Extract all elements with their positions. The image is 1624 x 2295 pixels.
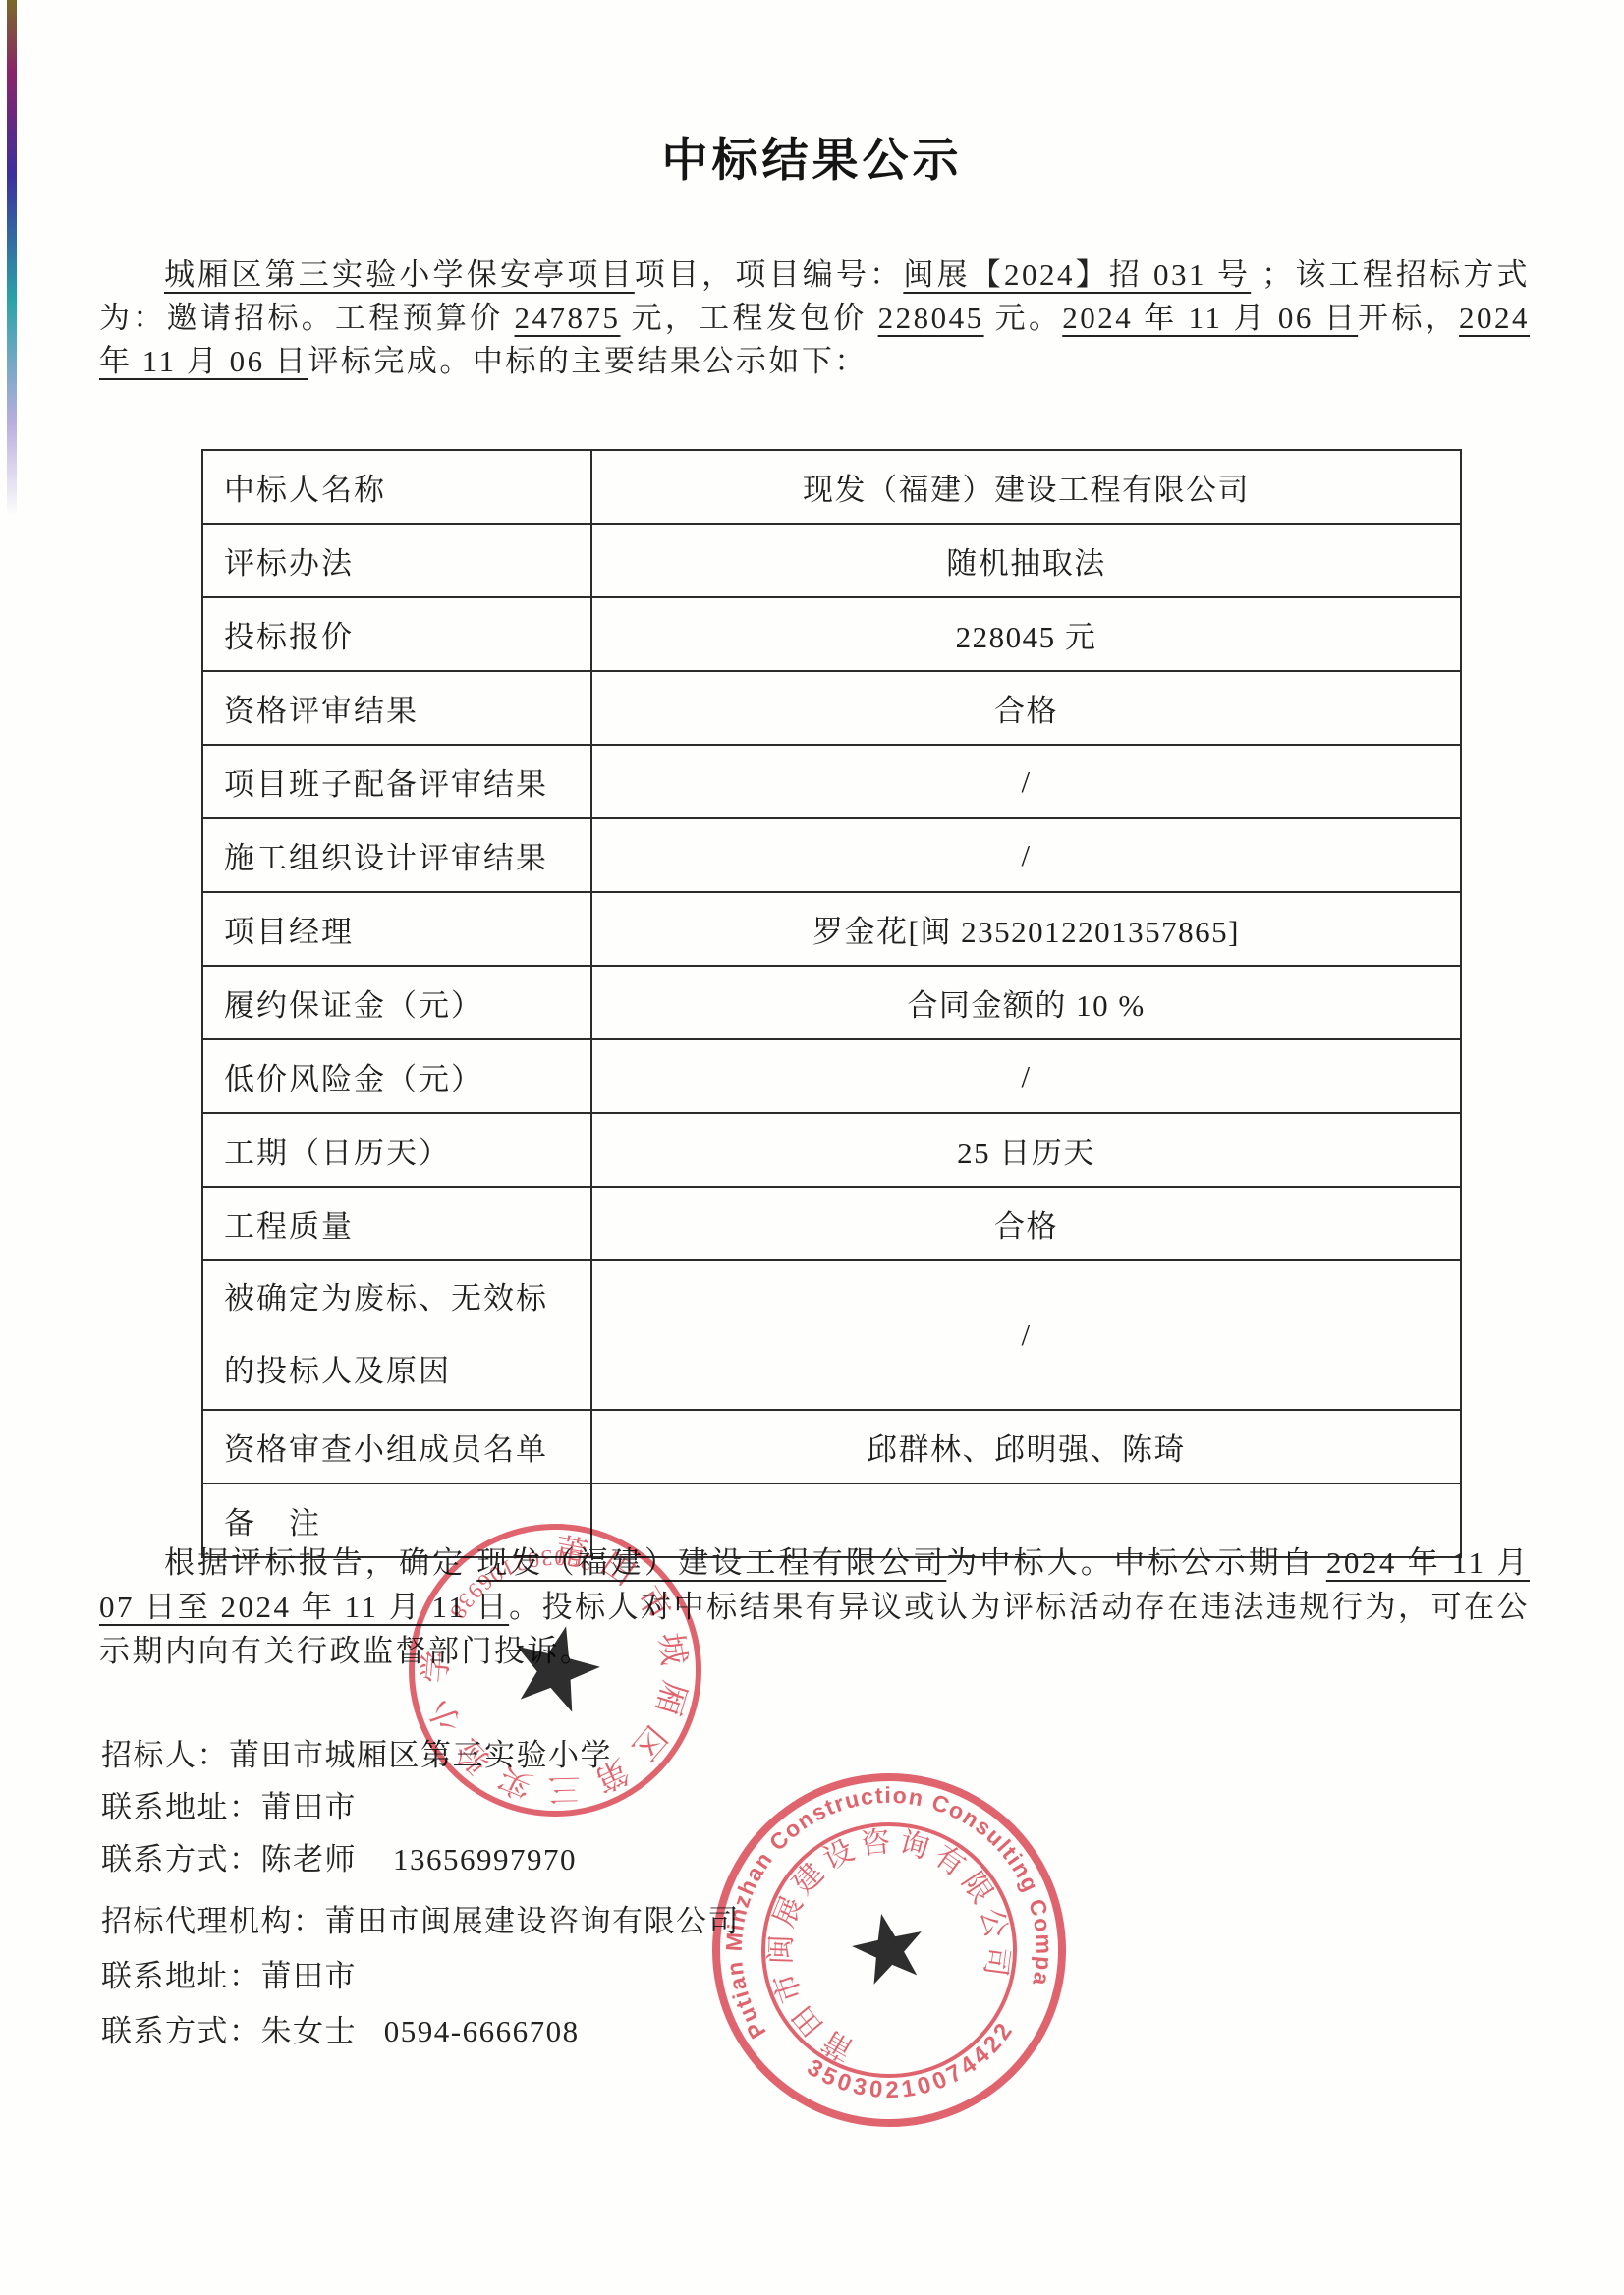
row-label: 评标办法 <box>202 524 591 597</box>
page-title: 中标结果公示 <box>0 124 1624 190</box>
row-label: 项目班子配备评审结果 <box>202 745 591 818</box>
table-row: 履约保证金（元）合同金额的 10 % <box>202 966 1461 1039</box>
svg-text:莆田市闽展建设咨询有限公司: 莆田市闽展建设咨询有限公司 <box>741 1802 1032 2078</box>
text-segment: 城厢区第三实验小学保安亭项目 <box>164 257 635 292</box>
contact-line: 联系方式：陈老师 13656997970 <box>101 1833 612 1885</box>
row-value: 合同金额的 10 % <box>591 966 1461 1039</box>
agency-contact-block: 招标代理机构：莆田市闽展建设咨询有限公司联系地址：莆田市联系方式：朱女士 059… <box>101 1894 740 2059</box>
row-label: 中标人名称 <box>202 450 591 524</box>
text-segment: 开标， <box>1358 301 1459 335</box>
row-value: 合格 <box>591 1187 1461 1260</box>
row-label: 项目经理 <box>202 892 591 966</box>
text-segment: 现发（福建）建设工程有限公司 <box>476 1545 946 1580</box>
row-value: 罗金花[闽 2352012201357865] <box>591 892 1461 966</box>
result-table-body: 中标人名称现发（福建）建设工程有限公司评标办法随机抽取法投标报价228045 元… <box>202 450 1461 1557</box>
text-segment: 2024 年 11 月 06 日 <box>1062 301 1358 335</box>
row-value: / <box>591 1260 1461 1410</box>
text-segment: 评标完成。中标的主要结果公示如下： <box>308 344 868 378</box>
closing-paragraph: 根据评标报告，确定 现发（福建）建设工程有限公司为中标人。中标公示期自 2024… <box>99 1540 1530 1673</box>
text-segment: 项目，项目编号： <box>635 257 904 292</box>
contact-line: 联系地址：莆田市 <box>101 1781 612 1833</box>
result-table: 中标人名称现发（福建）建设工程有限公司评标办法随机抽取法投标报价228045 元… <box>201 449 1462 1558</box>
table-row: 工期（日历天）25 日历天 <box>202 1113 1461 1187</box>
row-value: 合格 <box>591 671 1461 745</box>
stamp-english-text: Putian Minzhan Construction Consulting C… <box>702 1763 1069 2061</box>
table-row: 资格评审结果合格 <box>202 671 1461 745</box>
row-value: / <box>591 745 1461 818</box>
document-page: 中标结果公示 城厢区第三实验小学保安亭项目项目，项目编号：闽展【2024】招 0… <box>0 0 1624 2295</box>
row-label: 投标报价 <box>202 597 591 671</box>
row-value: 随机抽取法 <box>591 524 1461 597</box>
text-segment: 为中标人。中标公示期自 <box>946 1545 1326 1580</box>
row-label: 施工组织设计评审结果 <box>202 818 591 892</box>
contact-line: 招标人：莆田市城厢区第三实验小学 <box>101 1729 612 1781</box>
stamp-chinese-text: 莆田市闽展建设咨询有限公司 <box>741 1802 1032 2078</box>
text-segment: 元，工程发包价 <box>621 301 878 335</box>
row-label: 低价风险金（元） <box>202 1039 591 1113</box>
text-segment: 根据评标报告，确定 <box>164 1545 476 1580</box>
row-label: 工程质量 <box>202 1187 591 1260</box>
table-row: 中标人名称现发（福建）建设工程有限公司 <box>202 450 1461 524</box>
table-row: 项目班子配备评审结果/ <box>202 745 1461 818</box>
svg-text:35030210074422: 35030210074422 <box>799 2012 1030 2124</box>
row-value: 邱群林、邱明强、陈琦 <box>591 1410 1461 1483</box>
contact-line: 招标代理机构：莆田市闽展建设咨询有限公司 <box>101 1894 740 1949</box>
table-row: 投标报价228045 元 <box>202 597 1461 671</box>
row-label: 履约保证金（元） <box>202 966 591 1039</box>
row-value: / <box>591 1039 1461 1113</box>
table-row: 资格审查小组成员名单邱群林、邱明强、陈琦 <box>202 1410 1461 1483</box>
stamp-inner-ring <box>740 1801 1038 2099</box>
row-label: 资格评审结果 <box>202 671 591 745</box>
table-row: 项目经理罗金花[闽 2352012201357865] <box>202 892 1461 966</box>
scan-artifact-strip <box>7 0 17 516</box>
row-value: 25 日历天 <box>591 1113 1461 1187</box>
row-label: 工期（日历天） <box>202 1113 591 1187</box>
table-row: 评标办法随机抽取法 <box>202 524 1461 597</box>
svg-text:Putian Minzhan Construction Co: Putian Minzhan Construction Consulting C… <box>702 1763 1069 2061</box>
stamp-number: 35030210074422 <box>799 2012 1030 2124</box>
star-icon <box>847 1906 930 1987</box>
row-label: 资格审查小组成员名单 <box>202 1410 591 1483</box>
text-segment: 247875 <box>515 301 621 335</box>
tenderer-contact-block: 招标人：莆田市城厢区第三实验小学联系地址：莆田市联系方式：陈老师 1365699… <box>101 1729 612 1885</box>
contact-line: 联系地址：莆田市 <box>101 1949 740 2004</box>
text-segment: 闽展【2024】招 031 号 <box>903 257 1251 292</box>
table-row: 施工组织设计评审结果/ <box>202 818 1461 892</box>
text-segment: 元。 <box>984 301 1063 335</box>
text-segment: 228045 <box>878 301 984 335</box>
row-value: / <box>591 818 1461 892</box>
stamp-outer-ring <box>702 1763 1076 2137</box>
intro-paragraph: 城厢区第三实验小学保安亭项目项目，项目编号：闽展【2024】招 031 号 ；该… <box>99 253 1530 383</box>
table-row: 工程质量合格 <box>202 1187 1461 1260</box>
row-value: 228045 元 <box>591 597 1461 671</box>
table-row: 被确定为废标、无效标的投标人及原因/ <box>202 1260 1461 1410</box>
row-label: 被确定为废标、无效标的投标人及原因 <box>202 1260 591 1410</box>
agency-stamp: Putian Minzhan Construction Consulting C… <box>702 1763 1076 2137</box>
row-value: 现发（福建）建设工程有限公司 <box>591 450 1461 524</box>
table-row: 低价风险金（元）/ <box>202 1039 1461 1113</box>
contact-line: 联系方式：朱女士 0594-6666708 <box>101 2004 740 2059</box>
